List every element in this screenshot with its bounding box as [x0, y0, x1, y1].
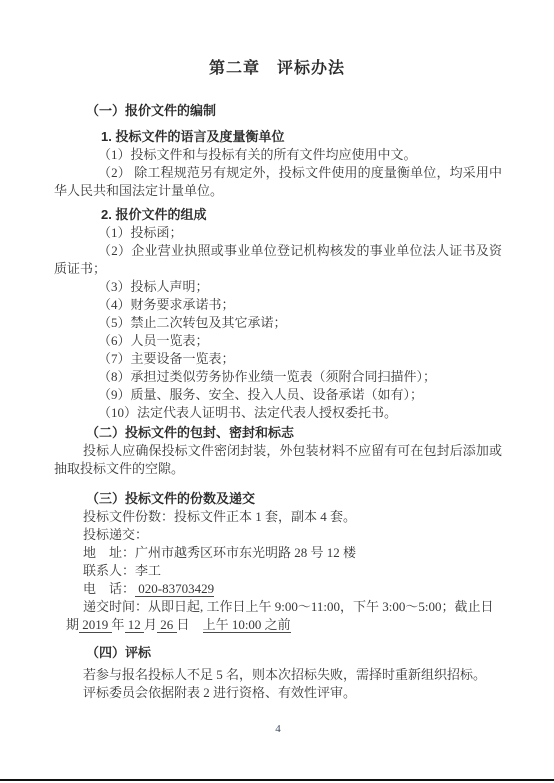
list-item: （5）禁止二次转包及其它承诺； — [54, 314, 502, 332]
chapter-title: 第二章 评标办法 — [0, 58, 554, 80]
page-number: 4 — [54, 720, 502, 738]
deadline-month: 12 — [125, 617, 145, 633]
section4-heading: （四）评标 — [54, 644, 502, 662]
section1-sub1-heading: 1. 投标文件的语言及度量衡单位 — [54, 128, 502, 146]
phone-label: 电 话： — [83, 581, 135, 596]
section1-heading: （一）报价文件的编制 — [54, 102, 502, 120]
paragraph: 投标人应确保投标文件密闭封装，外包装材料不应留有可在包封后添加或抽取投标文件的空… — [54, 442, 502, 478]
list-item: （4）财务要求承诺书； — [54, 296, 502, 314]
deadline-day-unit: 日 — [177, 617, 203, 632]
address-line: 地 址：广州市越秀区环市东光明路 28 号 12 楼 — [54, 544, 502, 562]
address-label: 地 址： — [83, 545, 135, 560]
paragraph: 若参与报名投标人不足 5 名，则本次招标失败，需择时重新组织招标。 — [54, 666, 502, 684]
list-item: （3）投标人声明； — [54, 278, 502, 296]
deadline-time: 上午 10:00 之前 — [203, 617, 291, 633]
deadline-month-unit: 月 — [144, 617, 157, 632]
document-body: （一）报价文件的编制 1. 投标文件的语言及度量衡单位 （1）投标文件和与投标有… — [0, 102, 554, 738]
contact-value: 李工 — [135, 563, 161, 578]
section1-sub2-heading: 2. 报价文件的组成 — [54, 206, 502, 224]
deadline-label: 递交时间： — [83, 599, 148, 614]
list-item: （7）主要设备一览表； — [54, 350, 502, 368]
page-bottom-border — [0, 779, 554, 781]
list-item: （10）法定代表人证明书、法定代表人授权委托书。 — [54, 404, 502, 422]
list-item: （6）人员一览表； — [54, 332, 502, 350]
section2-heading: （二）投标文件的包封、密封和标志 — [54, 424, 502, 442]
contact-line: 联系人：李工 — [54, 562, 502, 580]
deadline-year: 2019 — [79, 617, 112, 633]
deadline-prefix: 期 — [66, 617, 79, 632]
document-page: 第二章 评标办法 （一）报价文件的编制 1. 投标文件的语言及度量衡单位 （1）… — [0, 0, 554, 783]
contact-label: 联系人： — [83, 563, 135, 578]
deadline-year-unit: 年 — [112, 617, 125, 632]
deadline-line1: 递交时间：从即日起, 工作日上午 9:00～11:00，下午 3:00～5:00… — [54, 598, 502, 616]
paragraph: 评标委员会依据附表 2 进行资格、有效性评审。 — [54, 684, 502, 702]
deadline-text: 从即日起, 工作日上午 9:00～11:00，下午 3:00～5:00；截止日 — [148, 599, 493, 614]
phone-value: 020-83703429 — [135, 581, 214, 597]
deadline-line2: 期 2019 年 12 月 26 日 上午 10:00 之前 — [54, 616, 502, 634]
delivery-label: 投标递交： — [54, 526, 502, 544]
list-item: （1）投标文件和与投标有关的所有文件均应使用中文。 — [54, 146, 502, 164]
section3-heading: （三）投标文件的份数及递交 — [54, 490, 502, 508]
deadline-day: 26 — [157, 617, 177, 633]
list-item: （2）企业营业执照或事业单位登记机构核发的事业单位法人证书及资质证书； — [54, 242, 502, 278]
copies-line: 投标文件份数：投标文件正本 1 套，副本 4 套。 — [54, 508, 502, 526]
list-item: （2） 除工程规范另有规定外，投标文件使用的度量衡单位，均采用中华人民共和国法定… — [54, 164, 502, 200]
phone-line: 电 话： 020-83703429 — [54, 580, 502, 598]
list-item: （1）投标函； — [54, 224, 502, 242]
list-item: （9）质量、服务、安全、投入人员、设备承诺（如有）； — [54, 386, 502, 404]
address-value: 广州市越秀区环市东光明路 28 号 12 楼 — [135, 545, 356, 560]
list-item: （8）承担过类似劳务协作业绩一览表（须附合同扫描件）； — [54, 368, 502, 386]
